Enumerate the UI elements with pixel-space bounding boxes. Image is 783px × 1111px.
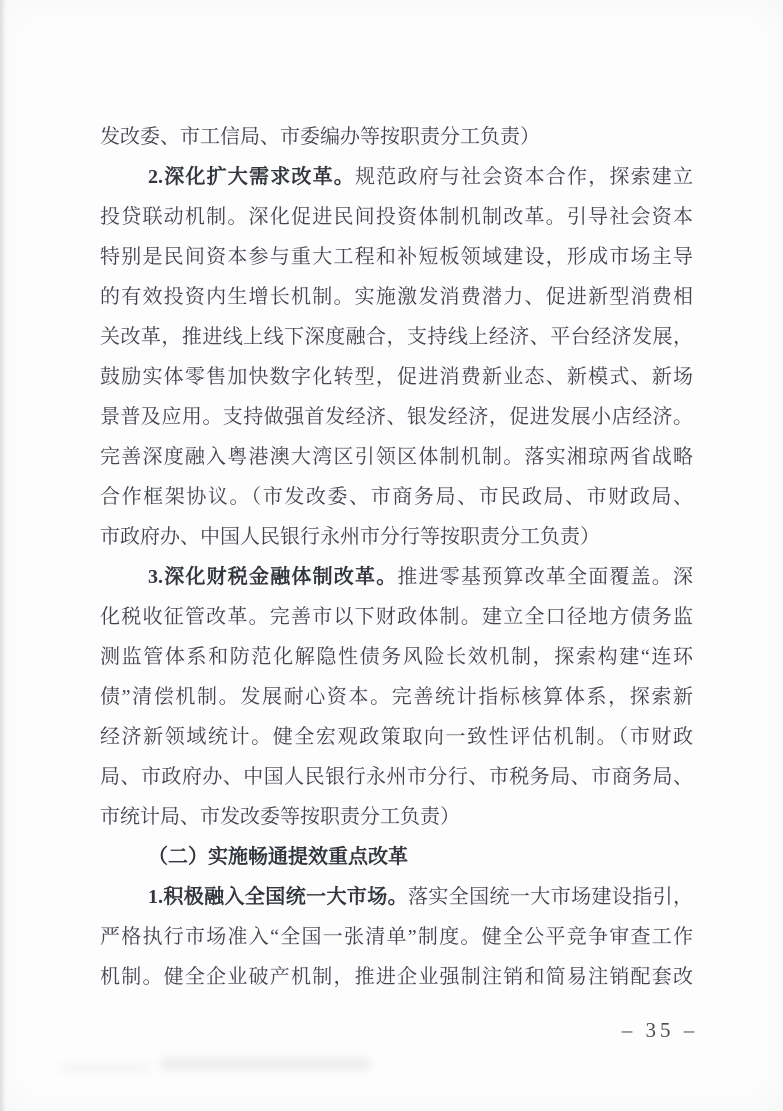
text-run: 测监管体系和防范化解隐性债务风险长效机制，探索构建“连环 xyxy=(100,646,693,668)
text-run: 关改革，推进线上线下深度融合，支持线上经济、平台经济发展， xyxy=(100,326,693,348)
text-run: 特别是民间资本参与重大工程和补短板领域建设，形成市场主导 xyxy=(100,246,693,268)
text-line: 测监管体系和防范化解隐性债务风险长效机制，探索构建“连环 xyxy=(100,637,693,677)
text-run: 严格执行市场准入“全国一张清单”制度。健全公平竞争审查工作 xyxy=(100,926,693,948)
paragraph-start-line: 3.深化财税金融体制改革。推进零基预算改革全面覆盖。深 xyxy=(100,557,693,597)
scan-left-edge-shadow xyxy=(0,0,6,1111)
text-run: 局、市政府办、中国人民银行永州市分行、市税务局、市商务局、 xyxy=(100,766,693,788)
page-number: – 35 – xyxy=(620,1018,700,1043)
text-line: 债”清偿机制。发展耐心资本。完善统计指标核算体系，探索新 xyxy=(100,677,693,717)
text-run: 化税收征管改革。完善市以下财政体制。建立全口径地方债务监 xyxy=(100,606,693,628)
text-line: 投贷联动机制。深化促进民间投资体制机制改革。引导社会资本 xyxy=(100,197,693,237)
scan-ghost-smudge xyxy=(160,1058,370,1070)
text-run: 景普及应用。支持做强首发经济、银发经济，促进发展小店经济。 xyxy=(100,406,693,428)
text-line: 严格执行市场准入“全国一张清单”制度。健全公平竞争审查工作 xyxy=(100,917,693,957)
text-line: 局、市政府办、中国人民银行永州市分行、市税务局、市商务局、 xyxy=(100,757,693,797)
bold-run: 3.深化财税金融体制改革。 xyxy=(148,566,397,588)
text-line: 特别是民间资本参与重大工程和补短板领域建设，形成市场主导 xyxy=(100,237,693,277)
text-run: 发改委、市工信局、市委编办等按职责分工负责） xyxy=(100,126,540,148)
text-line: 合作框架协议。（市发改委、市商务局、市民政局、市财政局、 xyxy=(100,477,693,517)
text-run: 推进零基预算改革全面覆盖。深 xyxy=(397,566,693,588)
document-page: 发改委、市工信局、市委编办等按职责分工负责） 2.深化扩大需求改革。规范政府与社… xyxy=(0,0,783,1111)
text-run: 市统计局、市发改委等按职责分工负责） xyxy=(100,806,460,828)
text-run: 完善深度融入粤港澳大湾区引领区体制机制。落实湘琼两省战略 xyxy=(100,446,693,468)
text-line: 的有效投资内生增长机制。实施激发消费潜力、促进新型消费相 xyxy=(100,277,693,317)
text-run: 市政府办、中国人民银行永州市分行等按职责分工负责） xyxy=(100,526,600,548)
text-run: 债”清偿机制。发展耐心资本。完善统计指标核算体系，探索新 xyxy=(100,686,693,708)
text-run: 的有效投资内生增长机制。实施激发消费潜力、促进新型消费相 xyxy=(100,286,693,308)
text-run: 合作框架协议。（市发改委、市商务局、市民政局、市财政局、 xyxy=(100,486,693,508)
text-run: 鼓励实体零售加快数字化转型，促进消费新业态、新模式、新场 xyxy=(100,366,693,388)
text-run: 规范政府与社会资本合作，探索建立 xyxy=(355,166,693,188)
section-heading-line: （二）实施畅通提效重点改革 xyxy=(100,837,693,877)
text-line: 发改委、市工信局、市委编办等按职责分工负责） xyxy=(100,117,693,157)
paragraph-end-line: 市统计局、市发改委等按职责分工负责） xyxy=(100,797,693,837)
text-run: 投贷联动机制。深化促进民间投资体制机制改革。引导社会资本 xyxy=(100,206,693,228)
text-line: 景普及应用。支持做强首发经济、银发经济，促进发展小店经济。 xyxy=(100,397,693,437)
text-run: 机制。健全企业破产机制，推进企业强制注销和简易注销配套改 xyxy=(100,966,693,988)
text-line: 经济新领域统计。健全宏观政策取向一致性评估机制。（市财政 xyxy=(100,717,693,757)
scan-ghost-smudge xyxy=(60,1064,150,1072)
bold-run: 1.积极融入全国统一大市场。 xyxy=(148,886,408,908)
text-line: 化税收征管改革。完善市以下财政体制。建立全口径地方债务监 xyxy=(100,597,693,637)
text-line: 机制。健全企业破产机制，推进企业强制注销和简易注销配套改 xyxy=(100,957,693,997)
bold-run: 2.深化扩大需求改革。 xyxy=(148,166,355,188)
text-run: 经济新领域统计。健全宏观政策取向一致性评估机制。（市财政 xyxy=(100,726,693,748)
paragraph-start-line: 1.积极融入全国统一大市场。落实全国统一大市场建设指引， xyxy=(100,877,693,917)
bold-run: （二）实施畅通提效重点改革 xyxy=(148,846,408,868)
text-line: 完善深度融入粤港澳大湾区引领区体制机制。落实湘琼两省战略 xyxy=(100,437,693,477)
paragraph-start-line: 2.深化扩大需求改革。规范政府与社会资本合作，探索建立 xyxy=(100,157,693,197)
text-line: 鼓励实体零售加快数字化转型，促进消费新业态、新模式、新场 xyxy=(100,357,693,397)
paragraph-end-line: 市政府办、中国人民银行永州市分行等按职责分工负责） xyxy=(100,517,693,557)
text-run: 落实全国统一大市场建设指引， xyxy=(408,886,693,908)
text-line: 关改革，推进线上线下深度融合，支持线上经济、平台经济发展， xyxy=(100,317,693,357)
document-text-block: 发改委、市工信局、市委编办等按职责分工负责） 2.深化扩大需求改革。规范政府与社… xyxy=(100,117,693,997)
